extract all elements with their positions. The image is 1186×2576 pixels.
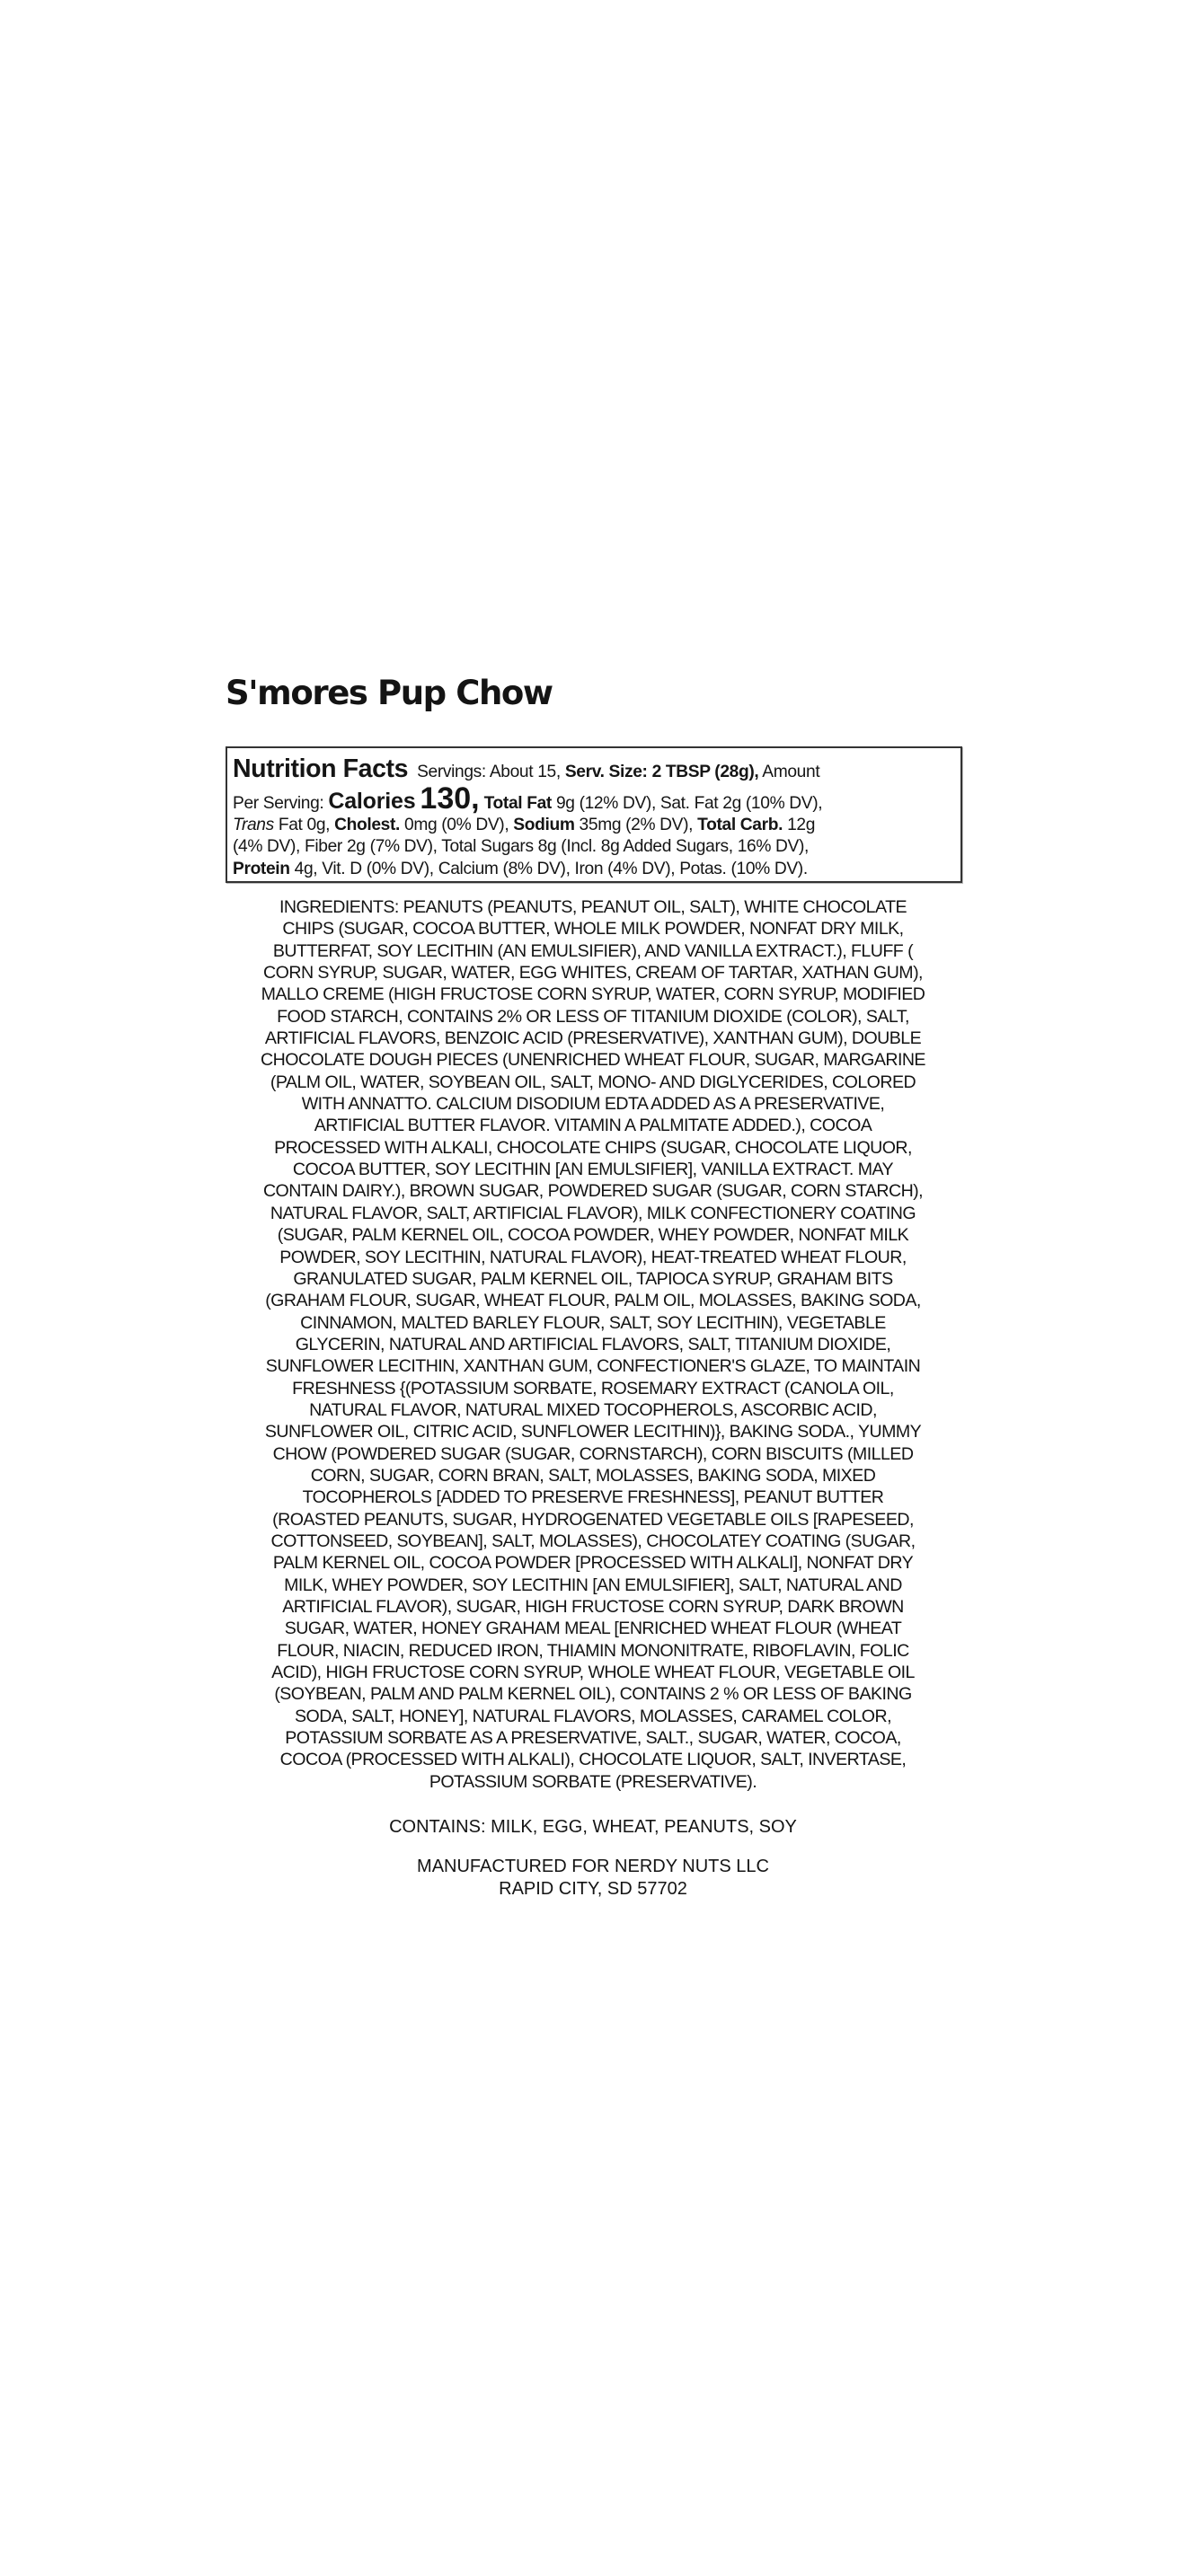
- ingredients-line: COCOA (PROCESSED WITH ALKALI), CHOCOLATE…: [219, 1749, 967, 1770]
- allergen-statement: CONTAINS: MILK, EGG, WHEAT, PEANUTS, SOY: [219, 1816, 967, 1838]
- total-carb-value: 12g: [787, 816, 815, 834]
- nutrition-line-1: Nutrition Facts Servings: About 15, Serv…: [233, 754, 960, 788]
- ingredients-line: ARTIFICIAL FLAVOR), SUGAR, HIGH FRUCTOSE…: [219, 1596, 967, 1618]
- ingredients-list: INGREDIENTS: PEANUTS (PEANUTS, PEANUT OI…: [219, 896, 967, 1793]
- nutrition-facts-panel: Nutrition Facts Servings: About 15, Serv…: [226, 746, 962, 883]
- ingredients-line: COCOA BUTTER, SOY LECITHIN [AN EMULSIFIE…: [219, 1159, 967, 1180]
- manufacturer-name: MANUFACTURED FOR NERDY NUTS LLC: [219, 1856, 967, 1878]
- protein-label: Protein: [233, 860, 290, 878]
- ingredients-line: CHIPS (SUGAR, COCOA BUTTER, WHOLE MILK P…: [219, 918, 967, 940]
- ingredients-line: ARTIFICIAL FLAVORS, BENZOIC ACID (PRESER…: [219, 1028, 967, 1049]
- ingredients-line: NATURAL FLAVOR, SALT, ARTIFICIAL FLAVOR)…: [219, 1203, 967, 1224]
- ingredients-line: POTASSIUM SORBATE AS A PRESERVATIVE, SAL…: [219, 1727, 967, 1749]
- ingredients-line: COTTONSEED, SOYBEAN], SALT, MOLASSES), C…: [219, 1531, 967, 1552]
- ingredients-line: FRESHNESS {(POTASSIUM SORBATE, ROSEMARY …: [219, 1378, 967, 1399]
- per-serving-label: Per Serving:: [233, 794, 323, 813]
- ingredients-line: CONTAIN DAIRY.), BROWN SUGAR, POWDERED S…: [219, 1180, 967, 1202]
- ingredients-line: CINNAMON, MALTED BARLEY FLOUR, SALT, SOY…: [219, 1312, 967, 1334]
- sodium-value: 35mg (2% DV),: [580, 816, 694, 834]
- ingredients-line: WITH ANNATTO. CALCIUM DISODIUM EDTA ADDE…: [219, 1093, 967, 1115]
- calories-label: Calories: [328, 789, 415, 814]
- ingredients-line: POWDER, SOY LECITHIN, NATURAL FLAVOR), H…: [219, 1247, 967, 1268]
- ingredients-line: PALM KERNEL OIL, COCOA POWDER [PROCESSED…: [219, 1552, 967, 1574]
- ingredients-line: SODA, SALT, HONEY], NATURAL FLAVORS, MOL…: [219, 1706, 967, 1727]
- nutrition-line-5: Protein 4g, Vit. D (0% DV), Calcium (8% …: [233, 859, 960, 880]
- ingredients-line: FLOUR, NIACIN, REDUCED IRON, THIAMIN MON…: [219, 1640, 967, 1662]
- nutrition-line-3: Trans Fat 0g, Cholest. 0mg (0% DV), Sodi…: [233, 815, 960, 836]
- sodium-label: Sodium: [513, 816, 574, 834]
- ingredients-line: BUTTERFAT, SOY LECITHIN (AN EMULSIFIER),…: [219, 940, 967, 962]
- ingredients-line: FOOD STARCH, CONTAINS 2% OR LESS OF TITA…: [219, 1006, 967, 1028]
- ingredients-line: PROCESSED WITH ALKALI, CHOCOLATE CHIPS (…: [219, 1137, 967, 1159]
- calories-value: 130: [420, 781, 471, 816]
- protein-value: 4g, Vit. D (0% DV), Calcium (8% DV), Iro…: [295, 860, 808, 878]
- ingredients-line: MALLO CREME (HIGH FRUCTOSE CORN SYRUP, W…: [219, 984, 967, 1005]
- cholesterol-label: Cholest.: [334, 816, 400, 834]
- serving-size: Serv. Size: 2 TBSP (28g),: [565, 763, 759, 781]
- ingredients-line: (ROASTED PEANUTS, SUGAR, HYDROGENATED VE…: [219, 1509, 967, 1531]
- ingredients-line: INGREDIENTS: PEANUTS (PEANUTS, PEANUT OI…: [219, 896, 967, 918]
- ingredients-line: (SOYBEAN, PALM AND PALM KERNEL OIL), CON…: [219, 1683, 967, 1705]
- nutrition-facts-heading: Nutrition Facts: [233, 754, 408, 783]
- ingredients-line: CORN SYRUP, SUGAR, WATER, EGG WHITES, CR…: [219, 962, 967, 984]
- ingredients-line: TOCOPHEROLS [ADDED TO PRESERVE FRESHNESS…: [219, 1486, 967, 1508]
- ingredients-line: (PALM OIL, WATER, SOYBEAN OIL, SALT, MON…: [219, 1072, 967, 1093]
- ingredients-line: SUNFLOWER OIL, CITRIC ACID, SUNFLOWER LE…: [219, 1421, 967, 1442]
- ingredients-line: ACID), HIGH FRUCTOSE CORN SYRUP, WHOLE W…: [219, 1662, 967, 1683]
- total-fat-value: 9g (12% DV), Sat. Fat 2g (10% DV),: [556, 794, 822, 813]
- product-title: S'mores Pup Chow: [226, 672, 553, 715]
- total-carb-label: Total Carb.: [697, 816, 783, 834]
- ingredients-line: CHOCOLATE DOUGH PIECES (UNENRICHED WHEAT…: [219, 1049, 967, 1071]
- amount-per-serving-label: Amount: [762, 763, 819, 781]
- ingredients-line: GRANULATED SUGAR, PALM KERNEL OIL, TAPIO…: [219, 1268, 967, 1290]
- manufacturer-info: MANUFACTURED FOR NERDY NUTS LLC RAPID CI…: [219, 1856, 967, 1900]
- servings: Servings: About 15,: [417, 763, 561, 781]
- ingredients-line: CORN, SUGAR, CORN BRAN, SALT, MOLASSES, …: [219, 1465, 967, 1486]
- ingredients-line: SUNFLOWER LECITHIN, XANTHAN GUM, CONFECT…: [219, 1355, 967, 1377]
- ingredients-line: ARTIFICIAL BUTTER FLAVOR. VITAMIN A PALM…: [219, 1115, 967, 1136]
- nutrition-line-4: (4% DV), Fiber 2g (7% DV), Total Sugars …: [233, 836, 960, 858]
- ingredients-line: CHOW (POWDERED SUGAR (SUGAR, CORNSTARCH)…: [219, 1443, 967, 1465]
- ingredients-line: NATURAL FLAVOR, NATURAL MIXED TOCOPHEROL…: [219, 1399, 967, 1421]
- ingredients-line: (GRAHAM FLOUR, SUGAR, WHEAT FLOUR, PALM …: [219, 1290, 967, 1311]
- manufacturer-address: RAPID CITY, SD 57702: [219, 1878, 967, 1901]
- trans-label: Trans: [233, 816, 274, 834]
- ingredients-line: (SUGAR, PALM KERNEL OIL, COCOA POWDER, W…: [219, 1224, 967, 1246]
- ingredients-line: SUGAR, WATER, HONEY GRAHAM MEAL [ENRICHE…: [219, 1618, 967, 1639]
- calories-comma: ,: [471, 781, 479, 816]
- ingredients-line: GLYCERIN, NATURAL AND ARTIFICIAL FLAVORS…: [219, 1334, 967, 1355]
- total-fat-label: Total Fat: [484, 794, 552, 813]
- ingredients-line: MILK, WHEY POWDER, SOY LECITHIN [AN EMUL…: [219, 1575, 967, 1596]
- trans-fat-value: Fat 0g,: [279, 816, 330, 834]
- cholesterol-value: 0mg (0% DV),: [404, 816, 509, 834]
- ingredients-line: POTASSIUM SORBATE (PRESERVATIVE).: [219, 1771, 967, 1793]
- nutrition-line-2: Per Serving: Calories 130, Total Fat 9g …: [233, 788, 960, 815]
